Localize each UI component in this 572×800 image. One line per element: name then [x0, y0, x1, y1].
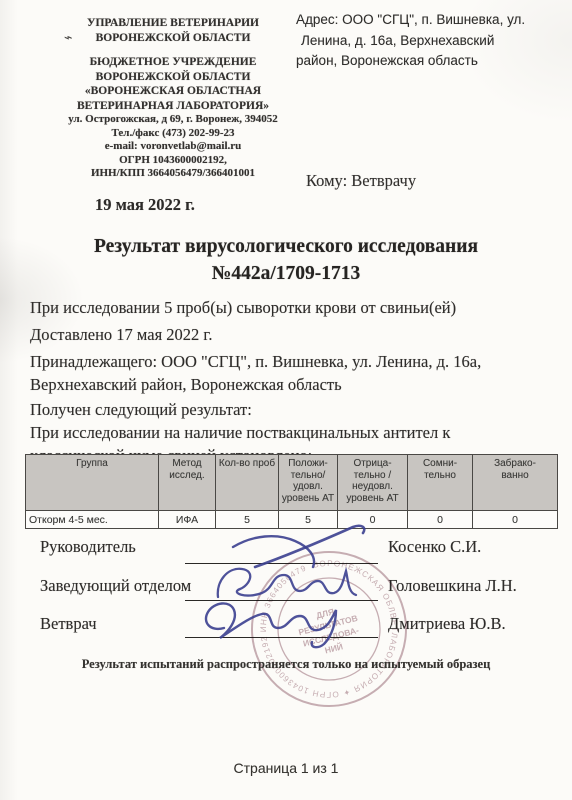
stamp-center-line: РЕЗУЛЬТАТОВ [297, 613, 358, 637]
letterhead-inn: ИНН/КПП 3664056479/366401001 [36, 167, 310, 181]
col-header-doubtful: Сомни- тельно [408, 455, 473, 511]
letterhead-email: e-mail: voronvetlab@mail.ru [36, 140, 310, 154]
cell-method: ИФА [159, 511, 216, 529]
signature-role-director: Руководитель [40, 537, 136, 557]
letterhead-street: ул. Острогожская, д 69, г. Воронеж, 3940… [36, 113, 310, 127]
handwritten-signature-veterinarian [198, 598, 398, 650]
body-line: При исследовании 5 проб(ы) сыворотки кро… [30, 296, 555, 319]
stamp-center-line: НИЙ [323, 640, 343, 655]
letterhead: УПРАВЛЕНИЕ ВЕТЕРИНАРИИ ВОРОНЕЖСКОЙ ОБЛАС… [36, 16, 310, 181]
col-header-method: Метод исслед. [159, 455, 216, 511]
handwritten-signature-head-of-department [212, 563, 397, 608]
signature-role-head-of-department: Заведующий отделом [40, 576, 191, 596]
signature-name-head-of-department: Головешкина Л.Н. [388, 576, 517, 596]
col-header-positive: Положи- тельно/ удовл. уровень АТ [279, 455, 338, 511]
footer-note: Результат испытаний распространяется тол… [0, 657, 572, 672]
page-number: Страница 1 из 1 [0, 760, 572, 776]
results-table: Группа Метод исслед. Кол-во проб Положи-… [25, 454, 558, 529]
letterhead-gap [36, 45, 310, 55]
letterhead-dept-line1: УПРАВЛЕНИЕ ВЕТЕРИНАРИИ [36, 16, 310, 31]
signature-name-veterinarian: Дмитриева Ю.В. [388, 614, 506, 634]
document-title-line1: Результат вирусологического исследования [0, 233, 572, 260]
cell-positive: 5 [279, 511, 338, 529]
cell-group: Откорм 4-5 мес. [26, 511, 159, 529]
stamp-center-line: ДЛЯ [315, 606, 335, 620]
document-title: Результат вирусологического исследования… [0, 233, 572, 287]
stamp-ring-text: ВОРОНЕЖСКАЯ ОБЛВЕТЛАБОРАТОРИЯ ✦ ОГРН 104… [228, 528, 414, 718]
body-line: Принадлежащего: ООО "СГЦ", п. Вишневка, … [30, 350, 555, 373]
document-date: 19 мая 2022 г. [95, 195, 195, 215]
recipient-to-line: Кому: Ветврачу [306, 171, 416, 191]
body-line: При исследовании на наличие поствакцинал… [30, 421, 555, 444]
letterhead-phone: Тел./факс (473) 202-99-23 [36, 127, 310, 141]
svg-text:ВОРОНЕЖСКАЯ ОБЛВЕТЛАБОРАТОРИЯ: ВОРОНЕЖСКАЯ ОБЛВЕТЛАБОРАТОРИЯ ✦ ОГРН 104… [228, 528, 414, 718]
results-table-header-row: Группа Метод исслед. Кол-во проб Положи-… [26, 455, 558, 511]
col-header-negative: Отрица- тельно / неудовл. уровень АТ [338, 455, 408, 511]
cell-rejected: 0 [473, 511, 558, 529]
col-header-group: Группа [26, 455, 159, 511]
body-line: Доставлено 17 мая 2022 г. [30, 323, 555, 346]
signature-role-veterinarian: Ветврач [40, 614, 97, 634]
letterhead-org-line1: БЮДЖЕТНОЕ УЧРЕЖДЕНИЕ [36, 55, 310, 70]
recipient-address-line3: район, Воронежская область [296, 51, 568, 72]
letterhead-dept-line2: ВОРОНЕЖСКОЙ ОБЛАСТИ [36, 31, 310, 46]
body-text: При исследовании 5 проб(ы) сыворотки кро… [30, 296, 555, 467]
signature-line [185, 600, 378, 601]
results-table-data-row: Откорм 4-5 мес. ИФА 5 5 0 0 0 [26, 511, 558, 529]
signature-line [185, 637, 378, 638]
letterhead-org-line2: ВОРОНЕЖСКОЙ ОБЛАСТИ [36, 70, 310, 85]
recipient-address-line2: Ленина, д. 16а, Верхнехавский [296, 31, 568, 52]
scanned-document-page: УПРАВЛЕНИЕ ВЕТЕРИНАРИИ ВОРОНЕЖСКОЙ ОБЛАС… [0, 0, 572, 800]
col-header-rejected: Забрако- ванно [473, 455, 558, 511]
document-title-line2: №442а/1709-1713 [0, 260, 572, 287]
signature-name-director: Косенко С.И. [388, 537, 481, 557]
recipient-address-line1: Адрес: ООО "СГЦ", п. Вишневка, ул. [296, 10, 568, 31]
recipient-address: Адрес: ООО "СГЦ", п. Вишневка, ул. Ленин… [296, 10, 568, 72]
letterhead-ogrn: ОГРН 1043600002192, [36, 154, 310, 168]
col-header-sample-count: Кол-во проб [216, 455, 279, 511]
body-line: Получен следующий результат: [30, 398, 555, 421]
body-line: Верхнехавский район, Воронежская область [30, 373, 555, 396]
letterhead-org-line3: «ВОРОНЕЖСКАЯ ОБЛАСТНАЯ [36, 84, 310, 99]
cell-sample-count: 5 [216, 511, 279, 529]
letterhead-org-line4: ВЕТЕРИНАРНАЯ ЛАБОРАТОРИЯ» [36, 99, 310, 114]
cell-doubtful: 0 [408, 511, 473, 529]
signature-line [185, 563, 378, 564]
cell-negative: 0 [338, 511, 408, 529]
